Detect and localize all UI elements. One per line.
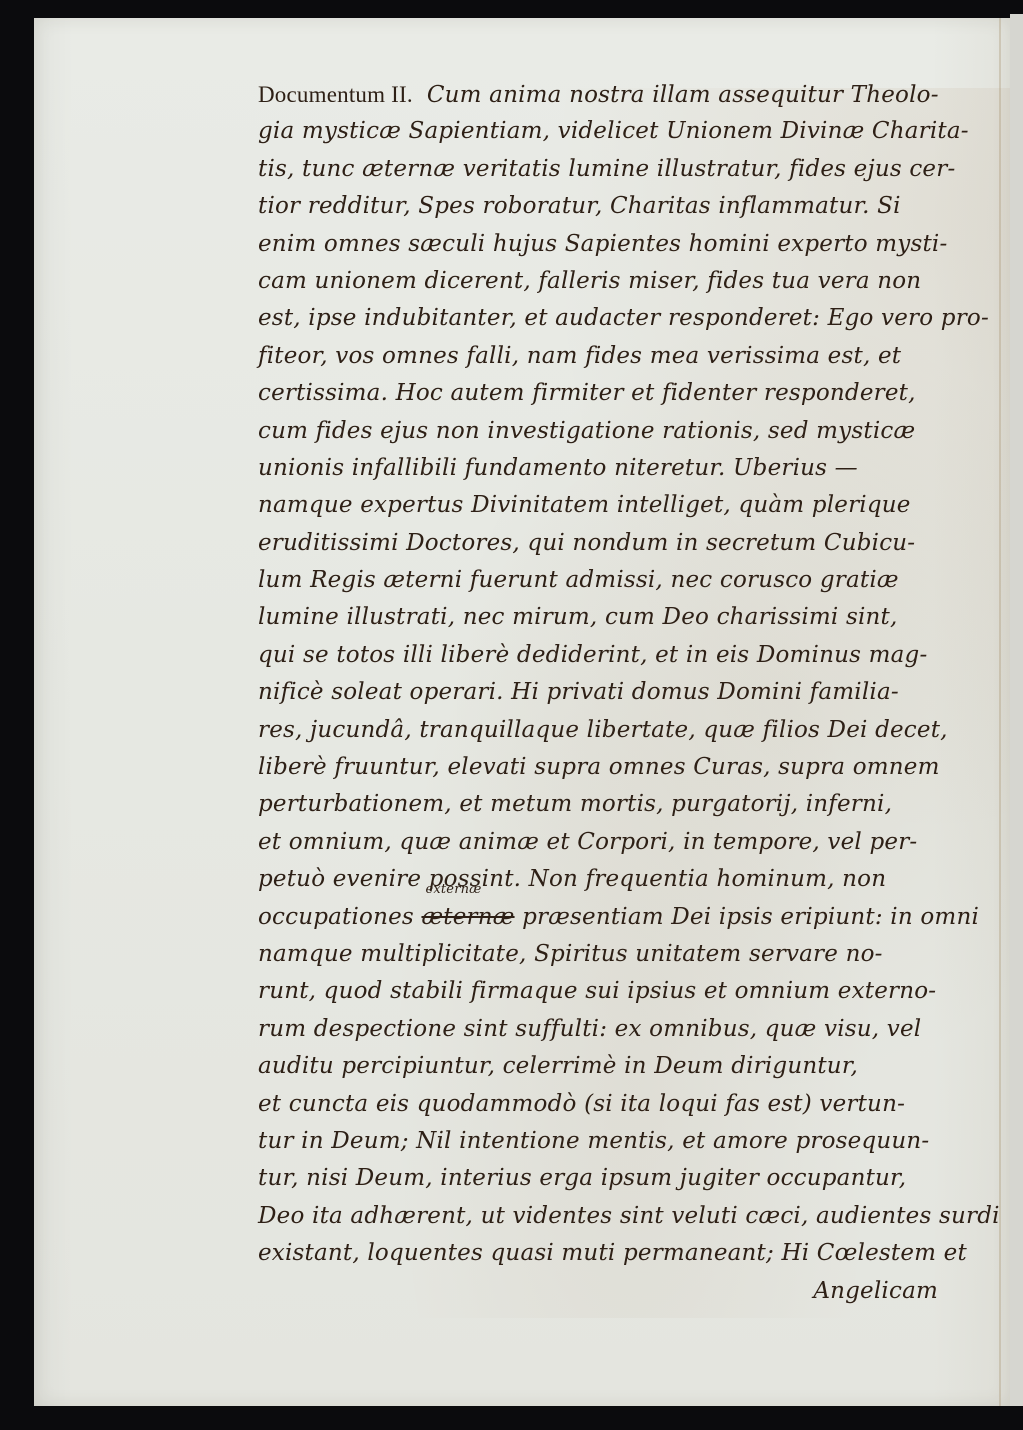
text-line: et omnium, quæ animæ et Corpori, in temp… [258,824,978,861]
interlinear-correction: æternæexternæ [421,899,514,936]
text-line: Deo ita adhærent, ut videntes sint velut… [258,1198,978,1235]
text-line: runt, quod stabili firmaque sui ipsius e… [258,973,978,1010]
adjacent-page-edge [1010,14,1023,1406]
text-line: perturbationem, et metum mortis, purgato… [258,786,978,823]
text-line: tior redditur, Spes roboratur, Charitas … [258,188,978,225]
text-line: certissima. Hoc autem firmiter et fident… [258,375,978,412]
text-line: lum Regis æterni fuerunt admissi, nec co… [258,562,978,599]
text-line: existant, loquentes quasi muti permanean… [258,1235,978,1272]
text-line: eruditissimi Doctores, qui nondum in sec… [258,525,978,562]
text-line: gia mysticæ Sapientiam, videlicet Unione… [258,113,978,150]
text-line: tis, tunc æternæ veritatis lumine illust… [258,151,978,188]
manuscript-text: Documentum II.Cum anima nostra illam ass… [258,76,978,1310]
inserted-word: externæ [425,883,481,896]
text-line-with-correction: occupationes æternæexternæ præsentiam De… [258,899,978,936]
text-line: nificè soleat operari. Hi privati domus … [258,674,978,711]
text-line: qui se totos illi liberè dediderint, et … [258,637,978,674]
line-text: præsentiam Dei ipsis eripiunt: in omni [515,904,979,930]
text-line: enim omnes sæculi hujus Sapientes homini… [258,226,978,263]
text-line: auditu percipiuntur, celerrimè in Deum d… [258,1048,978,1085]
text-line: cum fides ejus non investigatione ration… [258,413,978,450]
text-line: namque multiplicitate, Spiritus unitatem… [258,936,978,973]
text-line: petuò evenire possint. Non frequentia ho… [258,861,978,898]
text-line: et cuncta eis quodammodò (si ita loqui f… [258,1086,978,1123]
manuscript-scan: Documentum II.Cum anima nostra illam ass… [0,0,1023,1430]
text-line: unionis infallibili fundamento niteretur… [258,450,978,487]
text-line: tur, nisi Deum, interius erga ipsum jugi… [258,1160,978,1197]
text-line: liberè fruuntur, elevati supra omnes Cur… [258,749,978,786]
text-line: cam unionem dicerent, falleris miser, fi… [258,263,978,300]
text-line: est, ipse indubitanter, et audacter resp… [258,300,978,337]
text-line: tur in Deum; Nil intentione mentis, et a… [258,1123,978,1160]
text-line: fiteor, vos omnes falli, nam fides mea v… [258,338,978,375]
text-line: lumine illustrati, nec mirum, cum Deo ch… [258,599,978,636]
document-heading: Documentum II. [258,82,413,107]
catchword: Angelicam [258,1273,978,1310]
page-gutter-line [999,18,1001,1406]
text-line: res, jucundâ, tranquillaque libertate, q… [258,712,978,749]
text-line: namque expertus Divinitatem intelliget, … [258,487,978,524]
text-line: Documentum II.Cum anima nostra illam ass… [258,76,978,113]
struck-word: æternæ [421,904,514,930]
line-text: occupationes [258,904,421,930]
line-text: Cum anima nostra illam assequitur Theolo… [427,82,939,108]
text-line: rum despectione sint suffulti: ex omnibu… [258,1011,978,1048]
